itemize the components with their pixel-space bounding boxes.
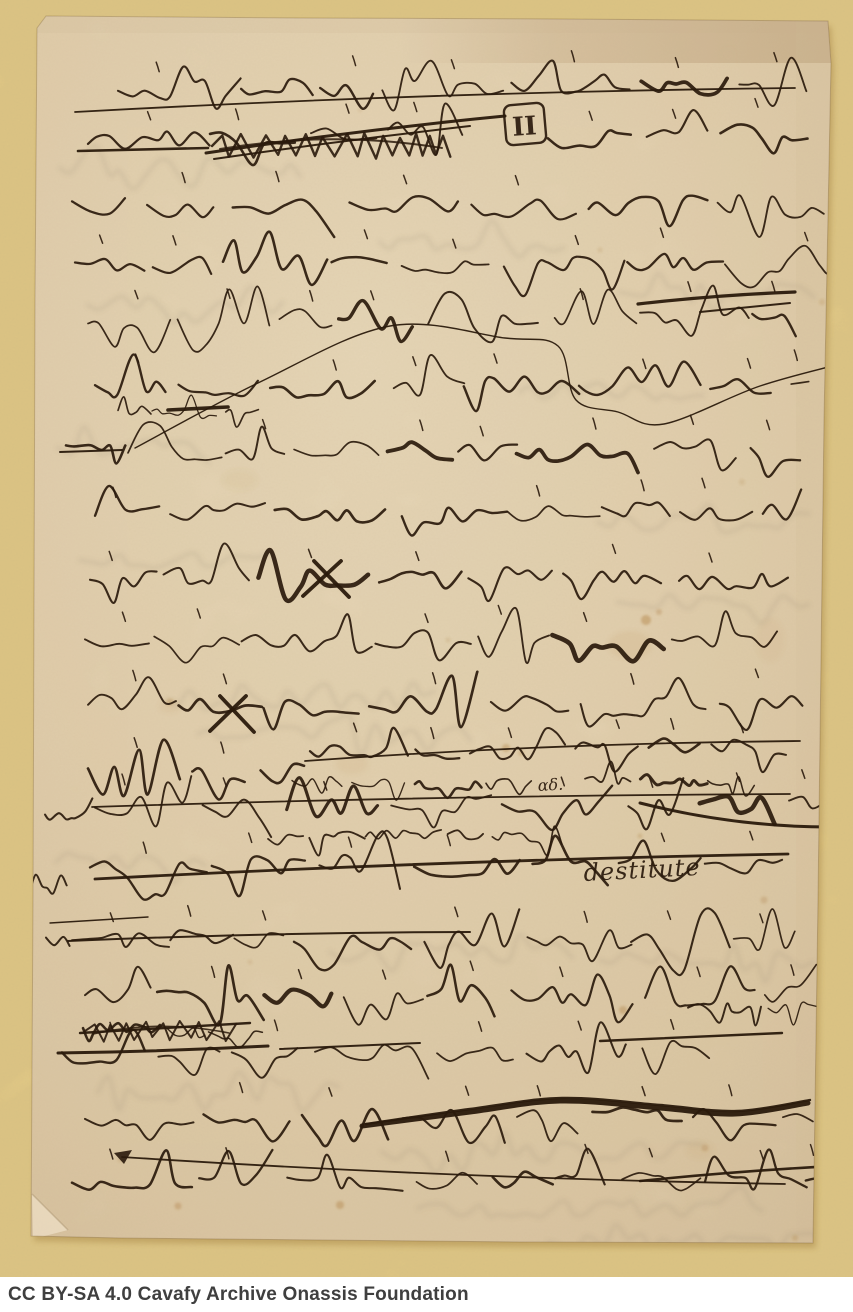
license-caption-text: CC BY-SA 4.0 Cavafy Archive Onassis Foun…	[0, 1284, 469, 1306]
license-caption-bar: CC BY-SA 4.0 Cavafy Archive Onassis Foun…	[0, 1277, 853, 1312]
manuscript-scan: IIαδ.destitute	[0, 0, 853, 1277]
page-sheet: IIαδ.destitute	[20, 10, 850, 1264]
archive-scan-screenshot: IIαδ.destitute CC BY-SA 4.0 Cavafy Archi…	[0, 0, 853, 1312]
legible-token: II	[511, 111, 537, 143]
legible-token: αδ.	[537, 775, 563, 795]
